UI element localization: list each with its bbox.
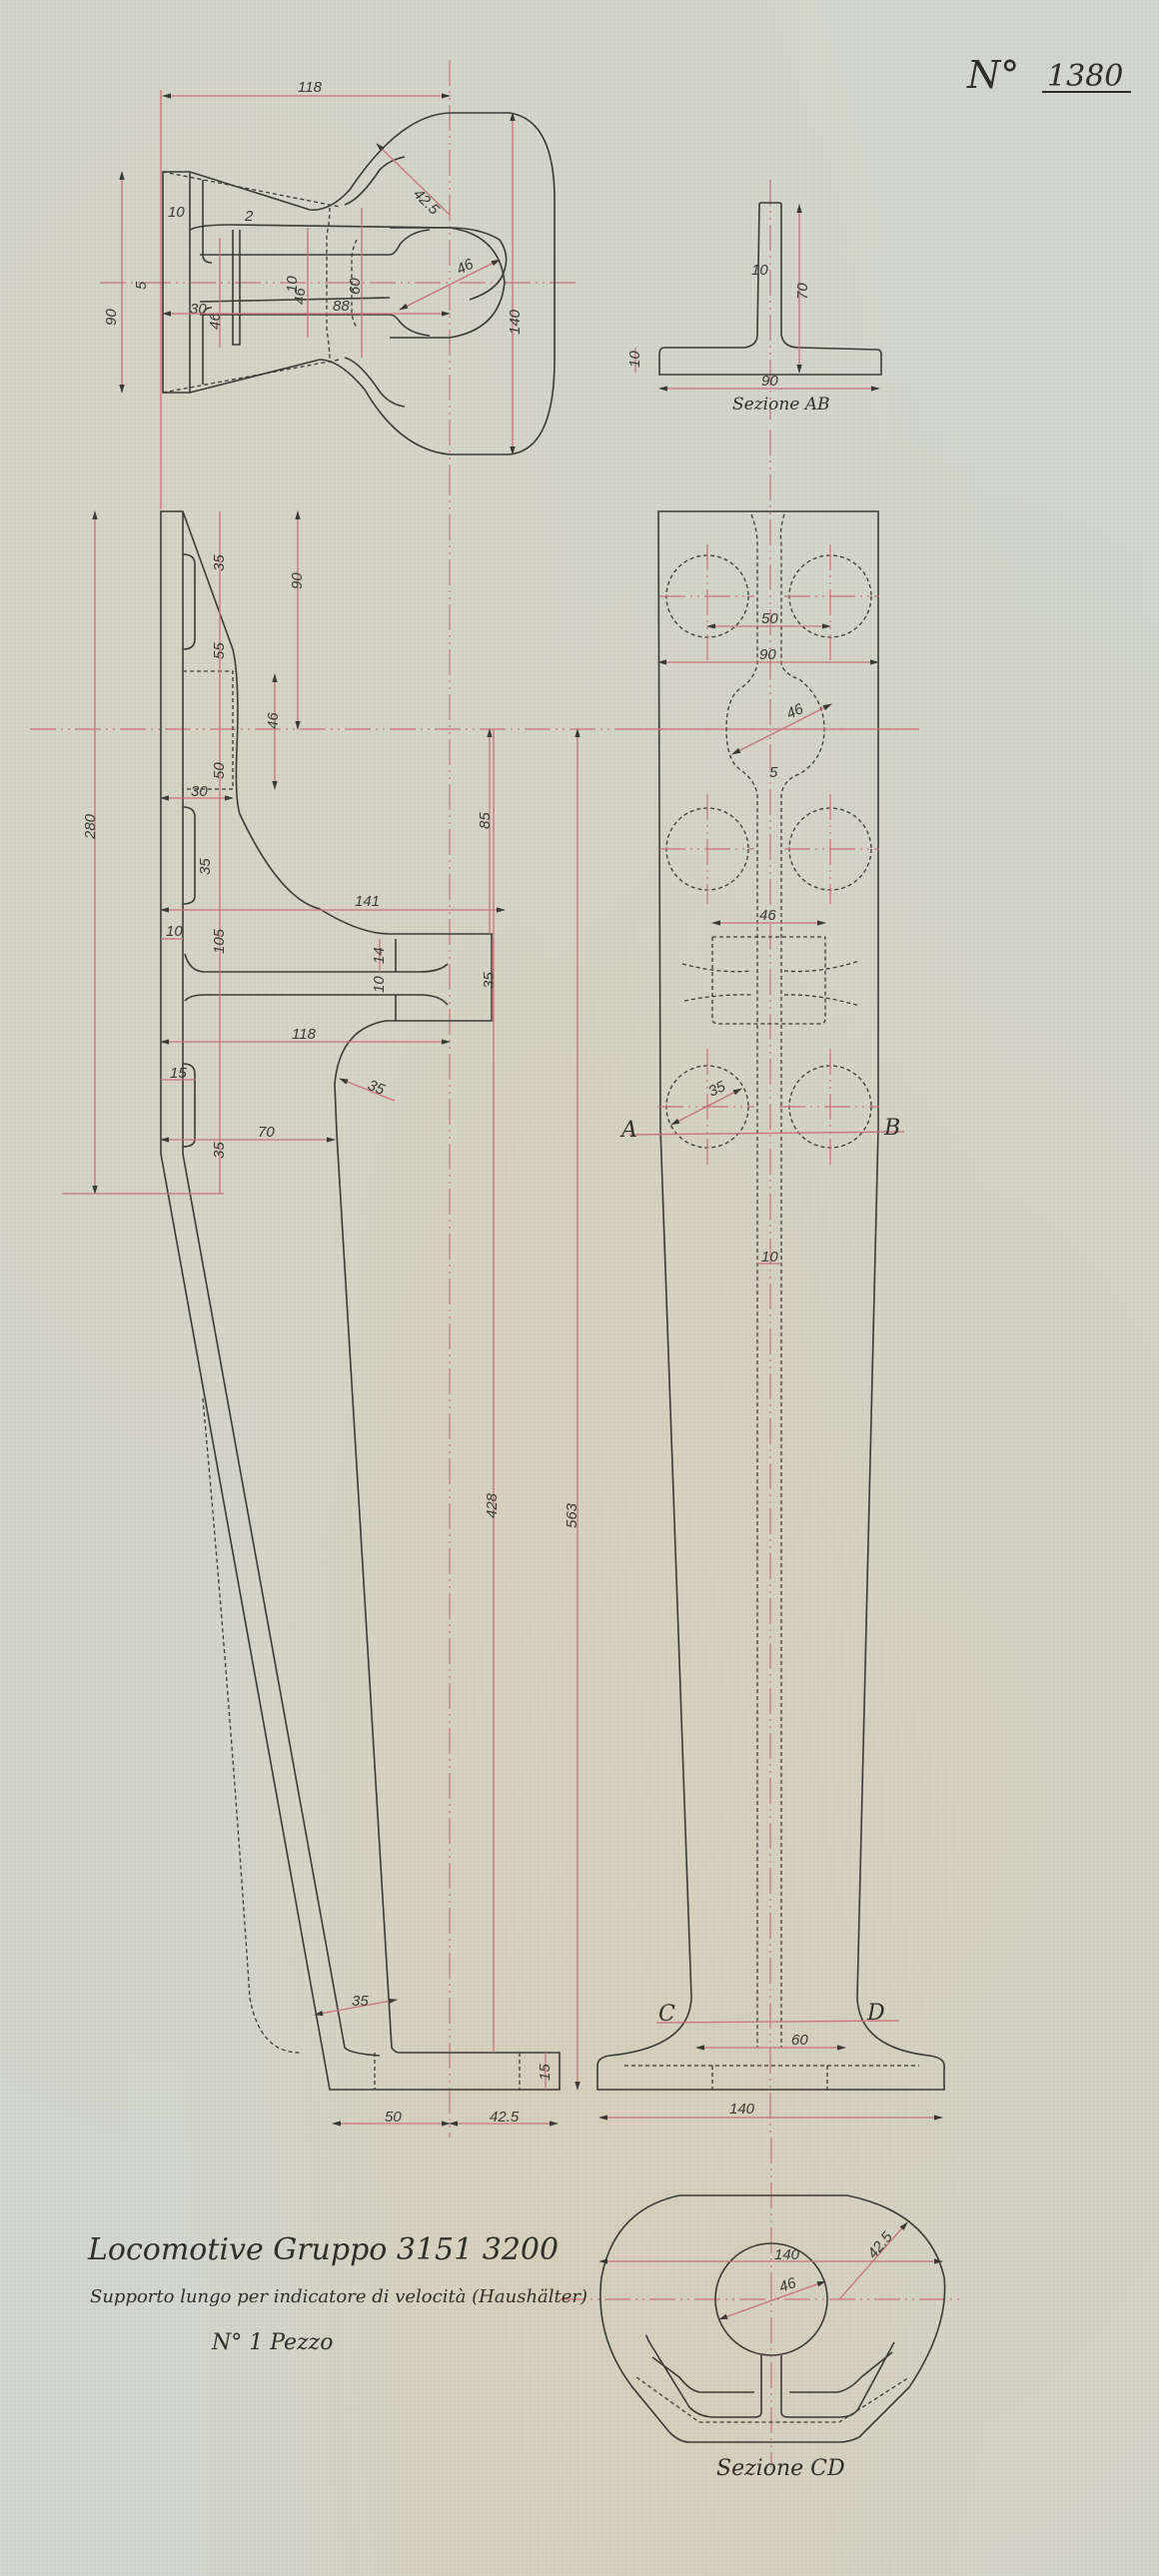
dim-90-side: 90 — [289, 572, 306, 589]
number-value: 1380 — [1047, 59, 1123, 94]
dim-46a: 46 — [207, 313, 224, 330]
dim-cd-42-5: 42.5 — [864, 2228, 896, 2262]
dim-35b: 35 — [197, 858, 214, 875]
dim-front-140: 140 — [729, 2101, 755, 2118]
section-cd-view: 140 46 42.5 Sezione CD — [560, 2138, 959, 2481]
section-mark-a: A — [619, 1118, 637, 1143]
dim-front-10: 10 — [761, 1249, 778, 1266]
dim-280: 280 — [82, 813, 99, 840]
dim-50: 50 — [211, 762, 228, 779]
dim-ab-flange-10: 10 — [626, 351, 643, 368]
dim-70: 70 — [258, 1124, 275, 1141]
dim-428: 428 — [484, 1492, 501, 1518]
dim-14: 14 — [371, 947, 388, 964]
title-block: Locomotive Gruppo 3151 3200 Supporto lun… — [87, 2232, 587, 2355]
dim-118: 118 — [298, 79, 323, 96]
dim-2: 2 — [244, 208, 254, 225]
dim-base-50: 50 — [385, 2109, 402, 2126]
dim-base-15: 15 — [537, 2064, 554, 2081]
dim-141: 141 — [355, 893, 380, 910]
dim-85: 85 — [477, 812, 494, 829]
dim-10-side: 10 — [166, 923, 183, 940]
section-ab-view: 10 70 10 90 Sezione AB — [626, 180, 881, 420]
top-view: 118 42.5 46 140 90 10 2 5 10 30 46 46 88… — [100, 60, 579, 469]
section-mark-d: D — [866, 2001, 885, 2026]
dim-base-42-5: 42.5 — [490, 2109, 520, 2126]
section-mark-c: C — [658, 2002, 675, 2027]
drawing-number: N° 1380 — [966, 53, 1131, 97]
drawing-sheet: N° 1380 118 42.5 46 140 90 — [0, 0, 1159, 2576]
number-prefix: N° — [966, 53, 1019, 97]
dim-46-side: 46 — [265, 712, 282, 729]
dim-60: 60 — [347, 278, 364, 295]
dim-10: 10 — [168, 204, 185, 221]
dim-front-46: 46 — [784, 700, 807, 723]
dim-15: 15 — [170, 1065, 187, 1082]
dim-30-side: 30 — [191, 783, 208, 800]
dim-105: 105 — [211, 928, 228, 954]
dim-10-flange: 10 — [371, 976, 388, 993]
dim-front-60: 60 — [791, 2032, 808, 2049]
dim-35a: 35 — [211, 554, 228, 571]
front-view: 50 90 46 5 46 35 10 60 140 A B C D — [597, 429, 944, 2138]
dim-front-90: 90 — [759, 646, 776, 663]
dim-118-side: 118 — [292, 1026, 317, 1043]
section-mark-b: B — [883, 1116, 900, 1141]
dim-140: 140 — [507, 309, 524, 335]
dim-r35: 35 — [366, 1077, 388, 1099]
dim-90: 90 — [103, 309, 120, 326]
dim-cd-140: 140 — [774, 2246, 800, 2263]
dim-55: 55 — [211, 642, 228, 659]
dim-35d: 35 — [211, 1142, 228, 1159]
dim-ab-70: 70 — [794, 283, 811, 300]
dim-46-hole: 46 — [454, 256, 477, 279]
dim-30: 30 — [190, 301, 207, 318]
dim-r35-base: 35 — [352, 1993, 369, 2010]
dim-5: 5 — [133, 281, 150, 290]
dim-ab-10: 10 — [751, 262, 768, 279]
dim-42-5: 42.5 — [410, 186, 443, 219]
drawing-title: Locomotive Gruppo 3151 3200 — [87, 2232, 559, 2267]
dim-front-5: 5 — [769, 764, 778, 781]
dim-35c: 35 — [481, 972, 498, 989]
dim-88: 88 — [333, 298, 350, 315]
dim-front-50: 50 — [761, 610, 778, 627]
section-cd-label: Sezione CD — [716, 2456, 845, 2481]
dim-563: 563 — [564, 1502, 580, 1528]
drawing-quantity: N° 1 Pezzo — [211, 2330, 334, 2355]
drawing-subtitle: Supporto lungo per indicatore di velocit… — [90, 2286, 587, 2307]
dim-46b: 46 — [292, 288, 309, 305]
dim-ab-90: 90 — [761, 373, 778, 390]
dim-cd-46: 46 — [777, 2274, 799, 2296]
section-ab-label: Sezione AB — [732, 395, 830, 415]
dim-front-slot-46: 46 — [759, 907, 776, 924]
